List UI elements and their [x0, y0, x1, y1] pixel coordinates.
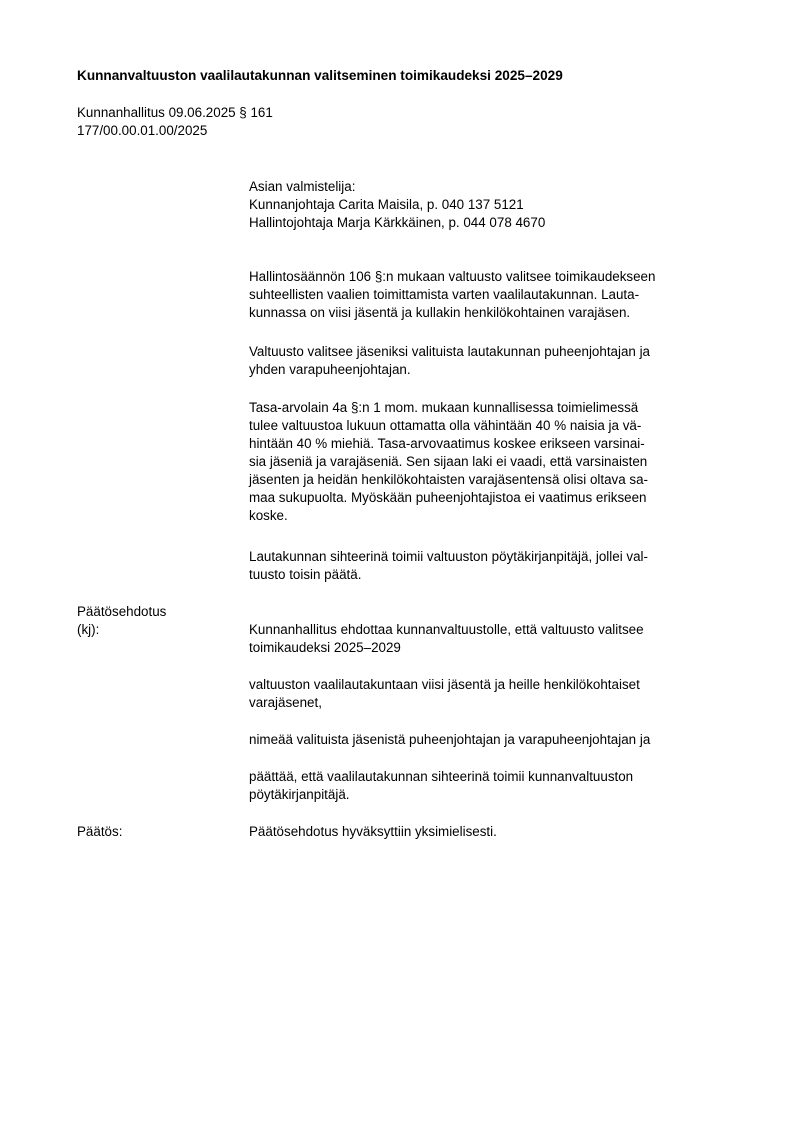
paragraph-line: Hallintosäännön 106 §:n mukaan valtuusto…: [249, 268, 727, 286]
proposal-paragraph: päättää, että vaalilautakunnan sihteerin…: [249, 768, 727, 804]
paragraph-line: maa sukupuolta. Myöskään puheenjohtajist…: [249, 489, 727, 507]
preparer-line: Hallintojohtaja Marja Kärkkäinen, p. 044…: [249, 214, 727, 232]
paragraph-line: koske.: [249, 507, 727, 525]
paragraph-line: suhteellisten vaalien toimittamista vart…: [249, 286, 727, 304]
preparer-line: Kunnanjohtaja Carita Maisila, p. 040 137…: [249, 196, 727, 214]
paragraph-line: yhden varapuheenjohtajan.: [249, 361, 727, 379]
proposal-label-line: Päätösehdotus: [77, 603, 237, 621]
document-page: Kunnanvaltuuston vaalilautakunnan valits…: [0, 0, 794, 1122]
paragraph-line: tulee valtuustoa lukuun ottamatta olla v…: [249, 417, 727, 435]
decision-label: Päätös:: [77, 823, 237, 841]
background-paragraph: Lautakunnan sihteerinä toimii valtuuston…: [249, 548, 727, 584]
paragraph-line: nimeää valituista jäsenistä puheenjohtaj…: [249, 731, 727, 749]
paragraph-line: kunnassa on viisi jäsentä ja kullakin he…: [249, 304, 727, 322]
proposal-paragraph: valtuuston vaalilautakuntaan viisi jäsen…: [249, 676, 727, 712]
paragraph-line: varajäsenet,: [249, 694, 727, 712]
meeting-meta: Kunnanhallitus 09.06.2025 § 161 177/00.0…: [77, 104, 273, 140]
paragraph-line: toimikaudeksi 2025–2029: [249, 639, 727, 657]
proposal-paragraph: nimeää valituista jäsenistä puheenjohtaj…: [249, 731, 727, 749]
decision-text: Päätösehdotus hyväksyttiin yksimielisest…: [249, 823, 727, 841]
paragraph-line: jäsenten ja heidän henkilökohtaisten var…: [249, 471, 727, 489]
proposal-label-line: (kj):: [77, 621, 237, 639]
paragraph-line: tuusto toisin päätä.: [249, 566, 727, 584]
paragraph-line: Kunnanhallitus ehdottaa kunnanvaltuustol…: [249, 621, 727, 639]
background-paragraph: Valtuusto valitsee jäseniksi valituista …: [249, 343, 727, 379]
paragraph-line: Valtuusto valitsee jäseniksi valituista …: [249, 343, 727, 361]
meeting-body-date-section: Kunnanhallitus 09.06.2025 § 161: [77, 104, 273, 122]
proposal-paragraph: Kunnanhallitus ehdottaa kunnanvaltuustol…: [249, 621, 727, 657]
background-paragraph: Hallintosäännön 106 §:n mukaan valtuusto…: [249, 268, 727, 322]
preparer-block: Asian valmistelija: Kunnanjohtaja Carita…: [249, 178, 727, 232]
paragraph-line: hintään 40 % miehiä. Tasa-arvovaatimus k…: [249, 435, 727, 453]
paragraph-line: valtuuston vaalilautakuntaan viisi jäsen…: [249, 676, 727, 694]
paragraph-line: päättää, että vaalilautakunnan sihteerin…: [249, 768, 727, 786]
preparer-heading: Asian valmistelija:: [249, 178, 727, 196]
paragraph-line: pöytäkirjanpitäjä.: [249, 786, 727, 804]
proposal-label: Päätösehdotus (kj):: [77, 603, 237, 639]
paragraph-line: sia jäseniä ja varajäseniä. Sen sijaan l…: [249, 453, 727, 471]
document-title: Kunnanvaltuuston vaalilautakunnan valits…: [77, 67, 563, 85]
background-paragraph: Tasa-arvolain 4a §:n 1 mom. mukaan kunna…: [249, 399, 727, 525]
paragraph-line: Tasa-arvolain 4a §:n 1 mom. mukaan kunna…: [249, 399, 727, 417]
record-number: 177/00.00.01.00/2025: [77, 122, 273, 140]
paragraph-line: Lautakunnan sihteerinä toimii valtuuston…: [249, 548, 727, 566]
